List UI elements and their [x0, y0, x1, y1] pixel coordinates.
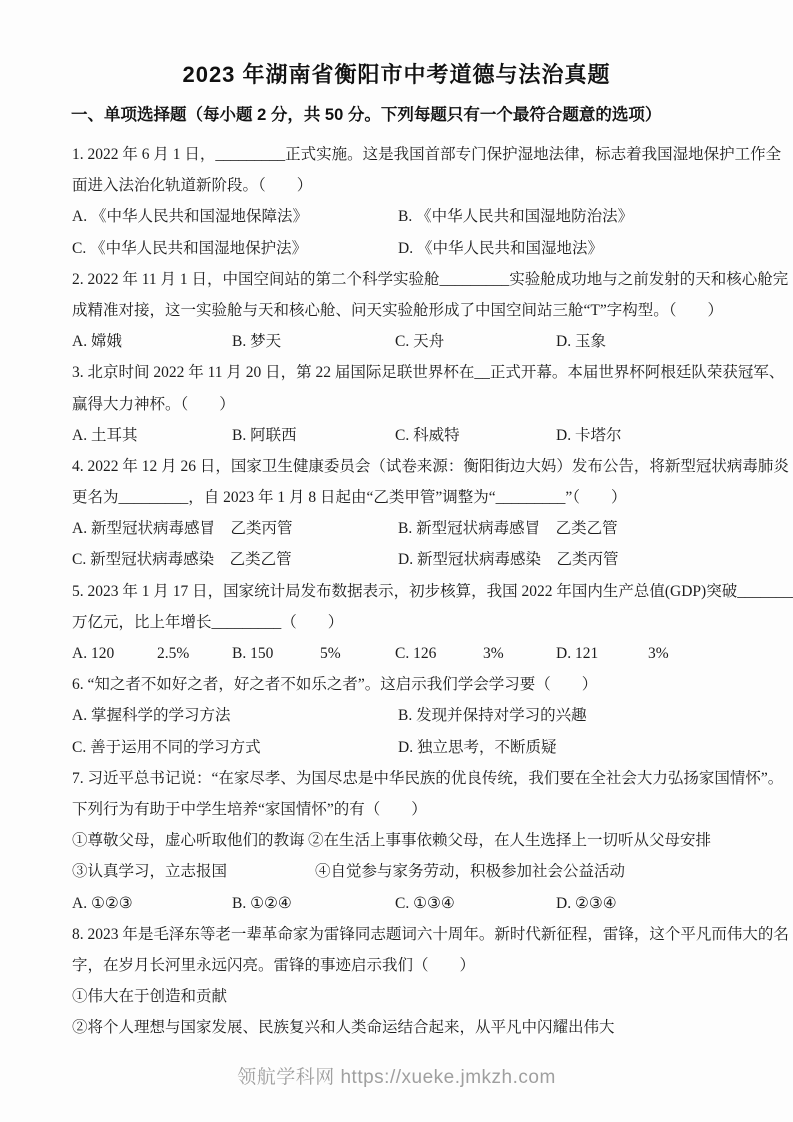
q3-options-row: A. 土耳其 B. 阿联西 C. 科威特 D. 卡塔尔	[72, 420, 723, 451]
q7-option-a: A. ①②③	[72, 888, 133, 919]
q5-option-a-percent: 2.5%	[157, 638, 189, 669]
q1-option-b: B. 《中华人民共和国湿地防治法》	[398, 201, 633, 232]
q8-item-1: ①伟大在于创造和贡献	[72, 981, 723, 1012]
q5-option-c-value: C. 126	[395, 638, 436, 669]
exam-title: 2023 年湖南省衡阳市中考道德与法治真题	[0, 58, 793, 89]
q2-option-a: A. 嫦娥	[72, 326, 122, 357]
q4-text-line-2: 更名为_________，自 2023 年 1 月 8 日起由“乙类甲管”调整为…	[72, 482, 723, 513]
q6-option-c: C. 善于运用不同的学习方式	[72, 732, 261, 763]
q5-option-b-value: B. 150	[232, 638, 273, 669]
q2-text-line-2: 成精准对接，这一实验舱与天和核心舱、问天实验舱形成了中国空间站三舱“T”字构型。…	[72, 295, 723, 326]
q4-option-c: C. 新型冠状病毒感染 乙类乙管	[72, 544, 292, 575]
q1-options-row-1: A. 《中华人民共和国湿地保障法》 B. 《中华人民共和国湿地防治法》	[72, 201, 723, 232]
q1-option-c: C. 《中华人民共和国湿地保护法》	[72, 233, 307, 264]
q4-options-row-2: C. 新型冠状病毒感染 乙类乙管 D. 新型冠状病毒感染 乙类丙管	[72, 544, 723, 575]
q2-text-line-1: 2. 2022 年 11 月 1 日，中国空间站的第二个科学实验舱_______…	[72, 264, 723, 295]
q8-text-line-2: 字，在岁月长河里永远闪亮。雷锋的事迹启示我们（ ）	[72, 950, 723, 981]
q2-option-c: C. 天舟	[395, 326, 444, 357]
section-heading: 一、单项选择题（每小题 2 分，共 50 分。下列每题只有一个最符合题意的选项）	[71, 101, 731, 125]
q6-option-b: B. 发现并保持对学习的兴趣	[398, 700, 587, 731]
q1-options-row-2: C. 《中华人民共和国湿地保护法》 D. 《中华人民共和国湿地法》	[72, 233, 723, 264]
q5-option-d-percent: 3%	[648, 638, 669, 669]
q3-option-a: A. 土耳其	[72, 420, 137, 451]
q5-options-row: A. 120 2.5% B. 150 5% C. 126 3% D. 121 3…	[72, 638, 723, 669]
q4-options-row-1: A. 新型冠状病毒感冒 乙类丙管 B. 新型冠状病毒感冒 乙类乙管	[72, 513, 723, 544]
q7-text-line-2: 下列行为有助于中学生培养“家国情怀”的有（ ）	[72, 794, 723, 825]
q1-option-a: A. 《中华人民共和国湿地保障法》	[72, 201, 308, 232]
q4-option-d: D. 新型冠状病毒感染 乙类丙管	[398, 544, 618, 575]
q3-option-d: D. 卡塔尔	[556, 420, 621, 451]
exam-page: 2023 年湖南省衡阳市中考道德与法治真题 一、单项选择题（每小题 2 分，共 …	[0, 0, 793, 1122]
q4-option-a: A. 新型冠状病毒感冒 乙类丙管	[72, 513, 292, 544]
q1-text-line-1: 1. 2022 年 6 月 1 日，_________正式实施。这是我国首部专门…	[72, 139, 723, 170]
q4-text-line-1: 4. 2022 年 12 月 26 日，国家卫生健康委员会（试卷来源：衡阳街边大…	[72, 451, 723, 482]
q7-text-line-1: 7. 习近平总书记说：“在家尽孝、为国尽忠是中华民族的优良传统，我们要在全社会大…	[72, 763, 723, 794]
q3-option-b: B. 阿联西	[232, 420, 297, 451]
q5-option-c-percent: 3%	[483, 638, 504, 669]
q7-item-2: ②在生活上事事依赖父母，在人生选择上一切听从父母安排	[308, 825, 711, 856]
q6-options-row-1: A. 掌握科学的学习方法 B. 发现并保持对学习的兴趣	[72, 700, 723, 731]
exam-body: 1. 2022 年 6 月 1 日，_________正式实施。这是我国首部专门…	[72, 139, 723, 1043]
q3-text-line-2: 赢得大力神杯。（ ）	[72, 389, 723, 420]
q8-text-line-1: 8. 2023 年是毛泽东等老一辈革命家为雷锋同志题词六十周年。新时代新征程，雷…	[72, 919, 723, 950]
q4-option-b: B. 新型冠状病毒感冒 乙类乙管	[398, 513, 618, 544]
q1-text-line-2: 面进入法治化轨道新阶段。（ ）	[72, 170, 723, 201]
q5-option-d-value: D. 121	[556, 638, 598, 669]
q6-option-a: A. 掌握科学的学习方法	[72, 700, 230, 731]
q7-item-3: ③认真学习，立志报国	[72, 856, 227, 887]
q7-option-b: B. ①②④	[232, 888, 292, 919]
q3-text-line-1: 3. 北京时间 2022 年 11 月 20 日，第 22 届国际足联世界杯在_…	[72, 357, 723, 388]
q5-text-line-2: 万亿元，比上年增长_________（ ）	[72, 607, 723, 638]
q1-option-d: D. 《中华人民共和国湿地法》	[398, 233, 603, 264]
q7-item-4: ④自觉参与家务劳动，积极参加社会公益活动	[315, 856, 625, 887]
q7-option-c: C. ①③④	[395, 888, 455, 919]
q6-options-row-2: C. 善于运用不同的学习方式 D. 独立思考，不断质疑	[72, 732, 723, 763]
q6-text-line-1: 6. “知之者不如好之者，好之者不如乐之者”。这启示我们学会学习要（ ）	[72, 669, 723, 700]
q6-option-d: D. 独立思考，不断质疑	[398, 732, 556, 763]
q7-option-d: D. ②③④	[556, 888, 617, 919]
q2-options-row: A. 嫦娥 B. 梦天 C. 天舟 D. 玉象	[72, 326, 723, 357]
q7-items-row-1: ①尊敬父母，虚心听取他们的教诲 ②在生活上事事依赖父母，在人生选择上一切听从父母…	[72, 825, 723, 856]
q2-option-d: D. 玉象	[556, 326, 606, 357]
q5-option-a-value: A. 120	[72, 638, 114, 669]
q5-text-line-1: 5. 2023 年 1 月 17 日，国家统计局发布数据表示，初步核算，我国 2…	[72, 576, 723, 607]
q2-option-b: B. 梦天	[232, 326, 281, 357]
q7-items-row-2: ③认真学习，立志报国 ④自觉参与家务劳动，积极参加社会公益活动	[72, 856, 723, 887]
watermark: 领航学科网 https://xueke.jmkzh.com	[0, 1062, 793, 1089]
q7-options-row: A. ①②③ B. ①②④ C. ①③④ D. ②③④	[72, 888, 723, 919]
q8-item-2: ②将个人理想与国家发展、民族复兴和人类命运结合起来，从平凡中闪耀出伟大	[72, 1012, 723, 1043]
q7-item-1: ①尊敬父母，虚心听取他们的教诲	[72, 825, 305, 856]
q5-option-b-percent: 5%	[320, 638, 341, 669]
q3-option-c: C. 科威特	[395, 420, 460, 451]
